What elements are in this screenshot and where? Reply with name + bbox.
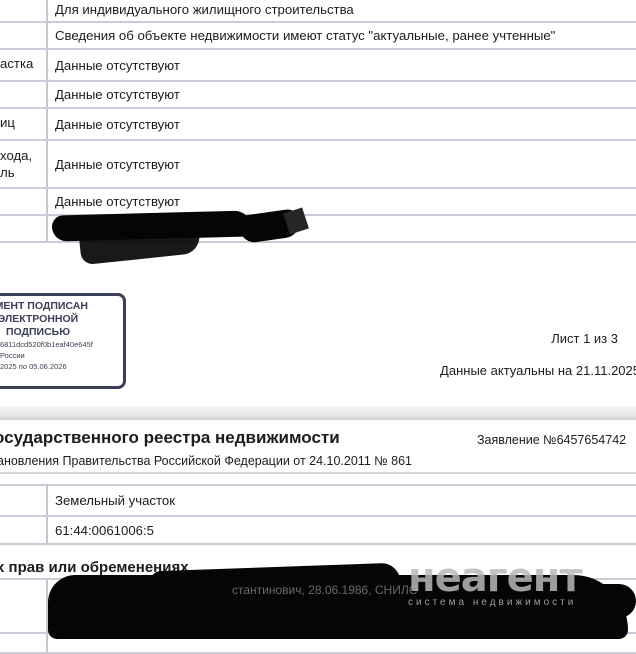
row-label [0, 579, 47, 633]
stamp-certificate: 6811dcd520f0b1eaf40e645f [0, 339, 123, 350]
table-row: иц Данные отсутствуют [0, 108, 636, 140]
document-title: осударственного реестра недвижимости [0, 428, 340, 448]
row-label: иц [0, 108, 47, 140]
row-value: Данные отсутствуют [47, 81, 636, 108]
property-info-table: Для индивидуального жилищного строительс… [0, 0, 636, 243]
object-type-value: Земельный участок [47, 485, 636, 516]
row-label [0, 81, 47, 108]
row-value: Данные отсутствуют [47, 108, 636, 140]
object-info-table: Земельный участок 61:44:0061006:5 [0, 484, 636, 545]
permitted-use-value: Для индивидуального жилищного строительс… [47, 0, 636, 22]
row-value: Данные отсутствуют [47, 49, 636, 81]
stamp-title-line: ЭЛЕКТРОННОЙ [0, 313, 93, 326]
table-row: Земельный участок [0, 485, 636, 516]
cadastral-number-value: 61:44:0061006:5 [47, 516, 636, 544]
table-row: 61:44:0061006:5 [0, 516, 636, 544]
row-label: хода, ль [0, 140, 47, 188]
actual-date: Данные актуальны на 21.11.2025 [440, 363, 636, 378]
watermark-brand: неагент [408, 557, 582, 599]
row-label [0, 22, 47, 49]
watermark: неагент система недвижимости [408, 557, 582, 608]
table-row: Сведения об объекте недвижимости имеют с… [0, 22, 636, 49]
document-subtitle: ановления Правительства Российской Федер… [0, 454, 412, 468]
table-row: Данные отсутствуют [0, 188, 636, 215]
sheet-number: Лист 1 из 3 [551, 331, 618, 346]
right-holder-fragment-visible: стантинович, 28.06.1986, СНИЛС [232, 583, 417, 597]
row-label [0, 215, 47, 242]
row-value: Данные отсутствуют [47, 188, 636, 215]
divider [0, 472, 636, 474]
row-label [0, 516, 47, 544]
table-row: Для индивидуального жилищного строительс… [0, 0, 636, 22]
table-row: хода, ль Данные отсутствуют [0, 140, 636, 188]
application-number: Заявление №6457654742 [477, 433, 626, 447]
stamp-validity: 2025 по 05.06.2026 [0, 361, 123, 372]
document-page-1: Для индивидуального жилищного строительс… [0, 0, 636, 410]
row-label [0, 485, 47, 516]
row-label: астка [0, 49, 47, 81]
status-value: Сведения об объекте недвижимости имеют с… [47, 22, 636, 49]
stamp-title-line: УМЕНТ ПОДПИСАН [0, 300, 93, 313]
page-separator [0, 406, 636, 420]
electronic-signature-stamp: УМЕНТ ПОДПИСАН ЭЛЕКТРОННОЙ ПОДПИСЬЮ 6811… [0, 293, 126, 389]
stamp-owner: России [0, 350, 123, 361]
table-row: Данные отсутствуют [0, 81, 636, 108]
row-label [0, 188, 47, 215]
table-row: астка Данные отсутствуют [0, 49, 636, 81]
stamp-title-line: ПОДПИСЬЮ [0, 326, 93, 339]
row-label [0, 0, 47, 22]
watermark-tagline: система недвижимости [408, 597, 582, 608]
row-value: Данные отсутствуют [47, 140, 636, 188]
